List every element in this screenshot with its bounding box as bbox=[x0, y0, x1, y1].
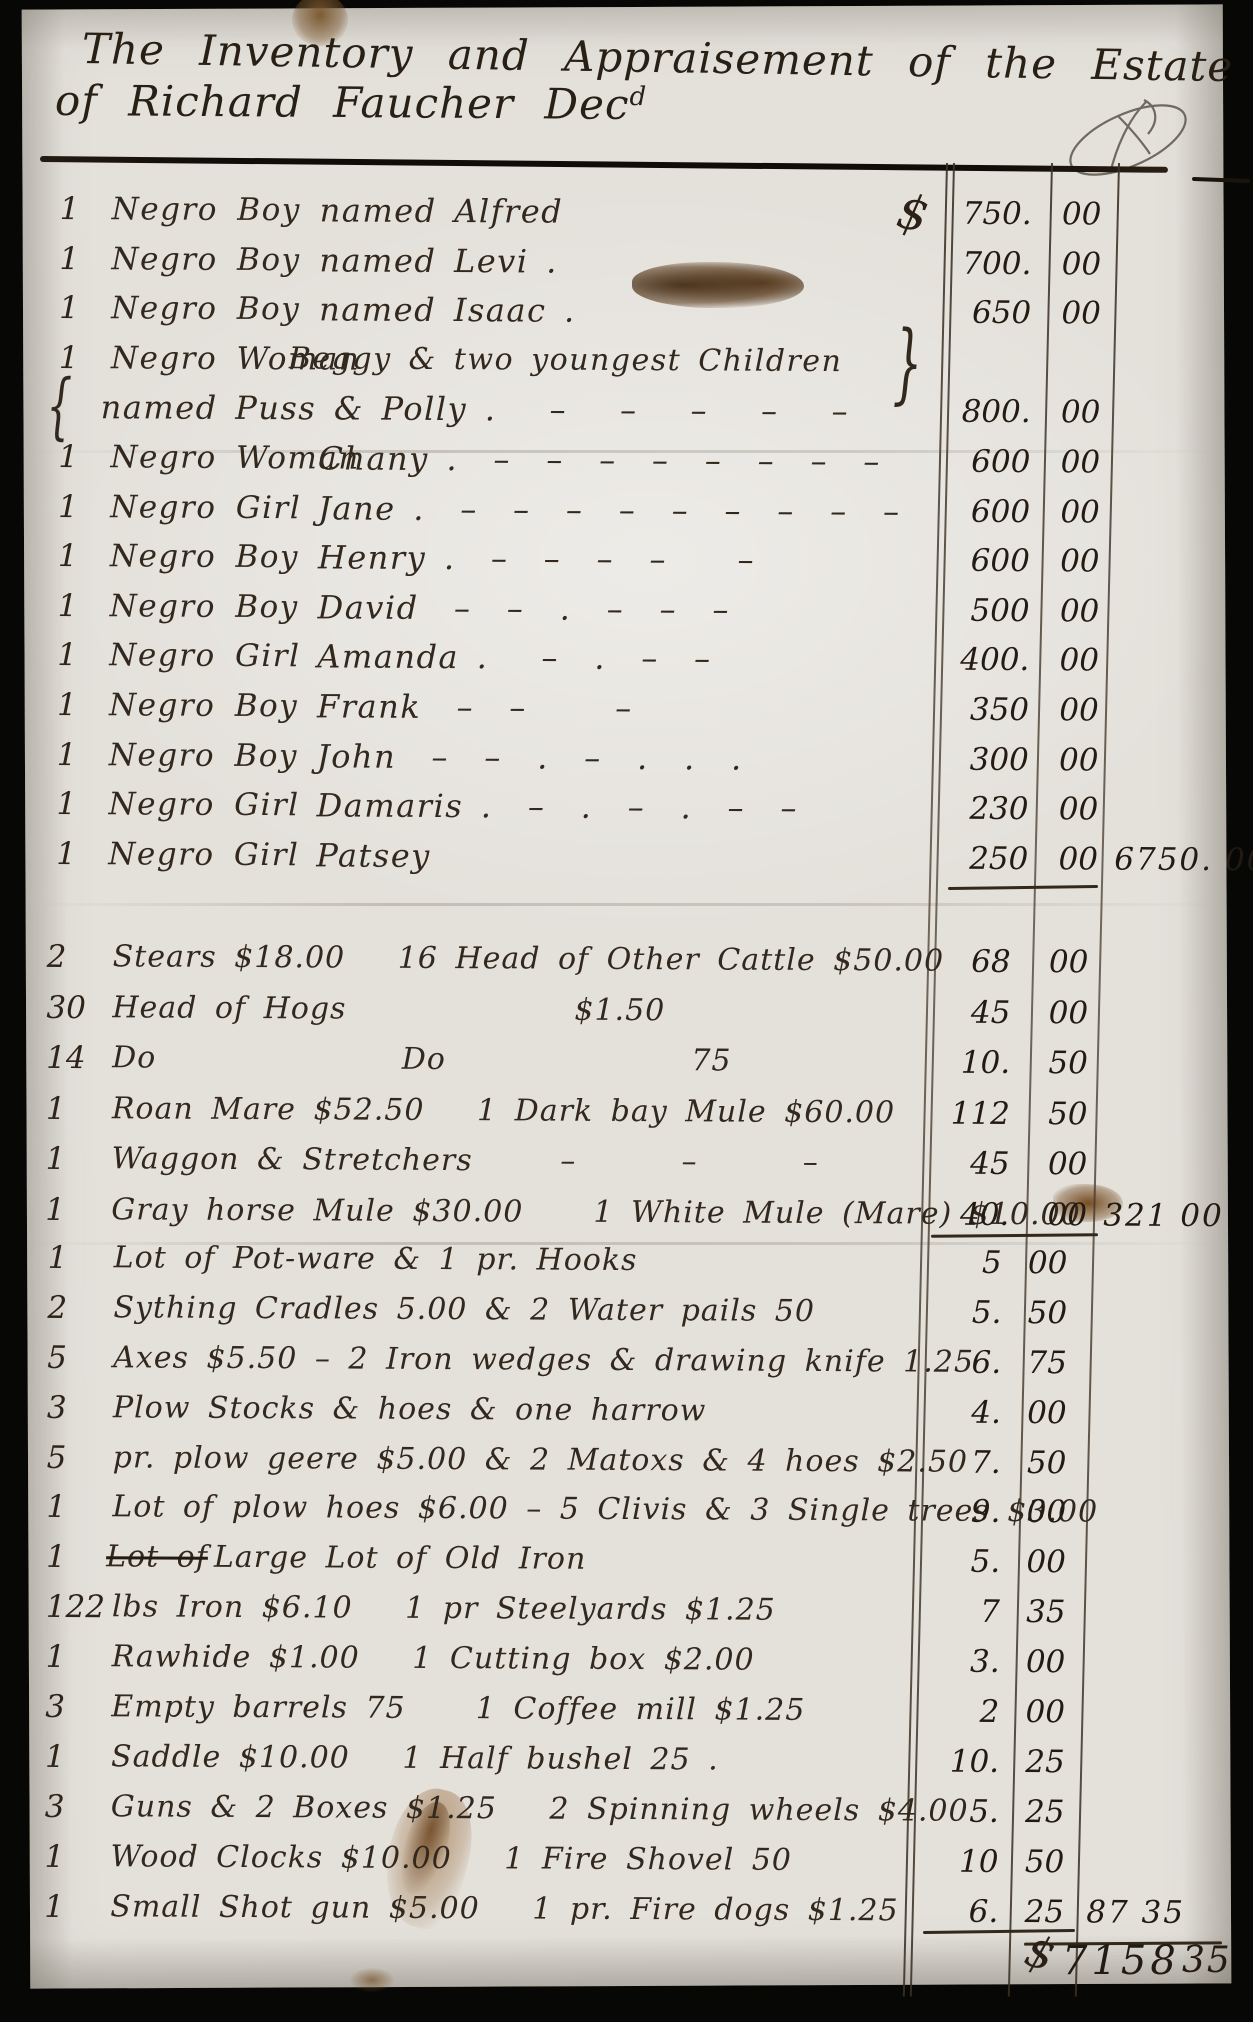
inventory-row: 1 Wood Clocks $10.00 1 Fire Shovel 50 10… bbox=[0, 1833, 1252, 1889]
item-category: Negro Boy bbox=[111, 285, 300, 332]
amount-cents: 00 bbox=[1017, 1689, 1073, 1735]
item-category: Negro Boy bbox=[110, 533, 299, 580]
amount-cents: 25 bbox=[1017, 1789, 1073, 1835]
item-name: David – – . – – – bbox=[317, 584, 730, 632]
amount-dollars: 5. bbox=[904, 1788, 999, 1834]
item-description: Do Do 75 bbox=[106, 1035, 732, 1084]
amount-dollars: 350 bbox=[934, 687, 1029, 733]
item-quantity: 1 bbox=[56, 831, 76, 877]
description-text: Roan Mare $52.50 1 Dark bay Mule $60.00 bbox=[112, 1091, 895, 1130]
item-quantity: 1 bbox=[60, 186, 80, 232]
inventory-row: 3 Plow Stocks & hoes & one harrow 4. 00 bbox=[1, 1384, 1253, 1440]
inventory-row: 1 Negro Girl Jane . – – – – – – – – – 60… bbox=[0, 483, 1253, 539]
item-name: John – – . – . . . bbox=[317, 733, 743, 781]
inventory-row: 5 Axes $5.50 – 2 Iron wedges & drawing k… bbox=[1, 1334, 1253, 1390]
amount-dollars: 7 bbox=[905, 1589, 1000, 1635]
item-category: Negro Boy bbox=[109, 732, 298, 779]
description-text: Waggon & Stretchers – – – bbox=[112, 1141, 819, 1180]
description-text: Small Shot gun $5.00 1 pr. Fire dogs $1.… bbox=[110, 1889, 898, 1928]
item-quantity: 1 bbox=[57, 682, 77, 728]
inventory-row: 2 Sything Cradles 5.00 & 2 Water pails 5… bbox=[1, 1285, 1253, 1341]
item-description: Waggon & Stretchers – – – bbox=[105, 1136, 818, 1186]
inventory-row: 1 Negro Boy named Isaac . 650 00 bbox=[1, 285, 1253, 341]
inventory-row: 1 Rawhide $1.00 1 Cutting box $2.00 3. 0… bbox=[0, 1634, 1253, 1690]
item-name: Frank – – – bbox=[317, 683, 633, 731]
amount-cents: 25 bbox=[1017, 1739, 1073, 1785]
item-quantity: 1 bbox=[45, 1186, 65, 1232]
item-quantity: 1 bbox=[44, 1884, 64, 1930]
item-quantity: 1 bbox=[58, 533, 78, 579]
page-mark-icon bbox=[1058, 90, 1198, 190]
item-quantity: 1 bbox=[45, 1734, 65, 1780]
item-name: named Isaac . bbox=[319, 287, 576, 334]
item-description: Lot of Pot-ware & 1 pr. Hooks bbox=[108, 1235, 638, 1284]
amount-cents: 00 bbox=[1053, 241, 1109, 287]
item-category: Negro Boy bbox=[109, 682, 298, 729]
item-quantity: 5 bbox=[47, 1335, 67, 1381]
line-subtotal: 321 00 bbox=[1103, 1192, 1224, 1239]
item-quantity: 3 bbox=[47, 1385, 67, 1431]
dollar-sign: $ bbox=[893, 188, 933, 239]
paper-crease bbox=[30, 903, 1225, 906]
item-quantity: 30 bbox=[46, 984, 86, 1030]
line-subtotal: 87 35 bbox=[1086, 1889, 1185, 1936]
inventory-row: 1 Saddle $10.00 1 Half bushel 25 . 10. 2… bbox=[0, 1734, 1252, 1790]
amount-dollars: 9. bbox=[905, 1489, 1000, 1535]
item-name: Beggy & two youngest Children bbox=[289, 336, 843, 385]
item-quantity: 1 bbox=[56, 781, 76, 827]
inventory-row: 1 Negro Girl Patsey 250 00 6750. 00 bbox=[0, 830, 1251, 886]
item-quantity: 3 bbox=[45, 1784, 65, 1830]
item-quantity: 1 bbox=[48, 1235, 68, 1281]
description-text: Lot of Pot-ware & 1 pr. Hooks bbox=[114, 1240, 638, 1278]
item-quantity: 2 bbox=[47, 934, 67, 980]
inventory-row: 5 pr. plow geere $5.00 & 2 Matoxs & 4 ho… bbox=[1, 1434, 1253, 1490]
item-category: Negro Girl bbox=[108, 831, 299, 878]
amount-cents: 00 bbox=[1039, 1192, 1095, 1238]
line-subtotal: 6750. 00 bbox=[1114, 836, 1253, 883]
amount-cents: 00 bbox=[1052, 538, 1108, 584]
item-quantity: 1 bbox=[57, 732, 77, 778]
item-category: Negro Girl bbox=[108, 781, 299, 828]
item-description: Head of Hogs $1.50 bbox=[106, 985, 665, 1034]
inventory-row: 1 Lot ofLarge Lot of Old Iron 5. 00 bbox=[0, 1534, 1253, 1590]
amount-dollars: 45 bbox=[918, 989, 1010, 1035]
item-category: Negro Boy bbox=[109, 583, 298, 630]
inventory-row: 1 Roan Mare $52.50 1 Dark bay Mule $60.0… bbox=[0, 1085, 1253, 1142]
amount-cents: 00 bbox=[1019, 1390, 1075, 1436]
item-quantity: 3 bbox=[45, 1684, 65, 1730]
inventory-row: 1 Small Shot gun $5.00 1 pr. Fire dogs $… bbox=[0, 1883, 1251, 1939]
amount-dollars: 400. bbox=[934, 637, 1029, 683]
inventory-row: 1 Negro Boy Frank – – – 350 00 bbox=[0, 682, 1252, 738]
item-description: lbs Iron $6.10 1 pr Steelyards $1.25 bbox=[106, 1584, 776, 1634]
amount-dollars: 7. bbox=[906, 1439, 1001, 1485]
amount-dollars: 68 bbox=[919, 938, 1011, 984]
description-text: Do Do 75 bbox=[112, 1040, 732, 1078]
amount-cents: 00 bbox=[1050, 786, 1106, 832]
amount-dollars: 750. bbox=[937, 191, 1032, 237]
item-name: Jane . – – – – – – – – – bbox=[318, 485, 901, 534]
grand-total-dollars: 7158 bbox=[1062, 1938, 1180, 1984]
inventory-row: 30 Head of Hogs $1.50 45 00 bbox=[0, 984, 1253, 1041]
struck-text: Lot of bbox=[106, 1540, 208, 1576]
item-category: Negro Boy bbox=[111, 236, 300, 283]
inventory-section-enslaved-persons: $ 1 Negro Boy named Alfred 750. 00 1 Neg… bbox=[0, 186, 1253, 887]
description-text: Head of Hogs $1.50 bbox=[112, 990, 665, 1028]
amount-dollars: 600 bbox=[935, 439, 1030, 485]
amount-cents: 00 bbox=[1054, 191, 1110, 237]
item-quantity: 1 bbox=[46, 1484, 66, 1530]
amount-dollars: 5. bbox=[906, 1289, 1001, 1335]
inventory-row: 1 Negro Girl Amanda . – . – – 400. 00 bbox=[0, 632, 1252, 688]
item-category: Negro Girl bbox=[110, 484, 301, 531]
item-category: Negro Boy bbox=[112, 186, 301, 233]
amount-cents: 00 bbox=[1051, 638, 1107, 684]
inventory-row: $ 1 Negro Boy named Alfred 750. 00 bbox=[2, 186, 1253, 242]
item-name: Chany . – – – – – – – – bbox=[318, 435, 881, 484]
amount-cents: 00 bbox=[1051, 687, 1107, 733]
item-quantity: 14 bbox=[46, 1035, 86, 1081]
item-quantity: 1 bbox=[46, 1534, 66, 1580]
description-text: Empty barrels 75 1 Coffee mill $1.25 bbox=[111, 1689, 805, 1728]
item-description: Roan Mare $52.50 1 Dark bay Mule $60.00 bbox=[106, 1086, 896, 1136]
item-quantity: 1 bbox=[58, 484, 78, 530]
item-quantity: 1 bbox=[45, 1136, 65, 1182]
amount-cents: 50 bbox=[1019, 1290, 1075, 1336]
amount-cents: 00 bbox=[1052, 439, 1108, 485]
item-name: Damaris . – . – . – – bbox=[316, 782, 798, 831]
inventory-row: 1 Negro Woman Beggy & two youngest Child… bbox=[1, 334, 1253, 390]
item-quantity: 1 bbox=[58, 434, 78, 480]
item-description: Empty barrels 75 1 Coffee mill $1.25 bbox=[105, 1684, 805, 1734]
title-text: of Richard Faucher Dec bbox=[55, 76, 630, 129]
inventory-section-tools: 1 Lot of Pot-ware & 1 pr. Hooks 5 00 2 S… bbox=[0, 1235, 1253, 1940]
item-description: Sything Cradles 5.00 & 2 Water pails 50 bbox=[107, 1285, 815, 1335]
item-description: Axes $5.50 – 2 Iron wedges & drawing kni… bbox=[107, 1335, 974, 1386]
item-quantity: 1 bbox=[45, 1634, 65, 1680]
item-description: pr. plow geere $5.00 & 2 Matoxs & 4 hoes… bbox=[107, 1435, 969, 1486]
item-name: Patsey bbox=[316, 832, 431, 879]
description-text: Stears $18.00 16 Head of Other Cattle $5… bbox=[113, 939, 945, 978]
item-description: Lot ofLarge Lot of Old Iron bbox=[106, 1535, 586, 1584]
item-name: Henry . – – – – – bbox=[318, 535, 755, 583]
amount-dollars: 5 bbox=[907, 1239, 1002, 1285]
item-quantity: 1 bbox=[57, 632, 77, 678]
amount-dollars: 700. bbox=[936, 240, 1031, 286]
inventory-row: 1 Negro Girl Damaris . – . – . – – 230 0… bbox=[0, 781, 1252, 837]
description-text: Guns & 2 Boxes $1.25 2 Spinning wheels $… bbox=[111, 1789, 969, 1828]
inventory-row: 3 Guns & 2 Boxes $1.25 2 Spinning wheels… bbox=[0, 1783, 1252, 1839]
amount-dollars: 4. bbox=[906, 1389, 1001, 1435]
amount-cents: 50 bbox=[1016, 1839, 1072, 1885]
item-quantity: 1 bbox=[46, 1085, 66, 1131]
amount-dollars: 3. bbox=[904, 1639, 999, 1685]
item-quantity: 1 bbox=[57, 583, 77, 629]
amount-dollars: 10 bbox=[903, 1838, 998, 1884]
amount-cents: 00 bbox=[1017, 1639, 1073, 1685]
amount-cents: 50 bbox=[1040, 1091, 1096, 1137]
inventory-row: 14 Do Do 75 10. 50 bbox=[0, 1035, 1253, 1092]
item-quantity: 5 bbox=[47, 1434, 67, 1480]
description-text: Wood Clocks $10.00 1 Fire Shovel 50 bbox=[110, 1839, 792, 1878]
amount-cents: 00 bbox=[1018, 1489, 1074, 1535]
inventory-row: 3 Empty barrels 75 1 Coffee mill $1.25 2… bbox=[0, 1684, 1252, 1740]
item-quantity: 2 bbox=[47, 1285, 67, 1331]
amount-dollars: 300 bbox=[934, 736, 1029, 782]
amount-dollars: 500 bbox=[934, 587, 1029, 633]
description-text: Saddle $10.00 1 Half bushel 25 . bbox=[111, 1739, 719, 1777]
amount-dollars: 2 bbox=[904, 1688, 999, 1734]
amount-cents: 00 bbox=[1041, 939, 1097, 985]
amount-cents: 00 bbox=[1051, 737, 1107, 783]
grand-total-cents: 35 bbox=[1182, 1940, 1232, 1981]
item-quantity: 1 bbox=[44, 1834, 64, 1880]
title-superscript: d bbox=[629, 82, 647, 112]
item-name: named Levi . bbox=[319, 237, 558, 284]
description-text: Plow Stocks & hoes & one harrow bbox=[113, 1390, 707, 1428]
amount-cents: 00 bbox=[1018, 1539, 1074, 1585]
amount-dollars: 230 bbox=[933, 786, 1028, 832]
item-name: named Alfred bbox=[320, 187, 564, 234]
item-category: Negro Girl bbox=[109, 633, 300, 680]
amount-cents: 00 bbox=[1039, 1141, 1095, 1187]
item-description: Stears $18.00 16 Head of Other Cattle $5… bbox=[107, 934, 945, 984]
amount-dollars: 6. bbox=[906, 1339, 1001, 1385]
amount-dollars: 10. bbox=[918, 1039, 1010, 1085]
amount-cents: 75 bbox=[1019, 1340, 1075, 1386]
inventory-row: 1 Lot of plow hoes $6.00 – 5 Clivis & 3 … bbox=[0, 1484, 1253, 1540]
item-description: Wood Clocks $10.00 1 Fire Shovel 50 bbox=[104, 1834, 792, 1884]
item-quantity: 122 bbox=[46, 1584, 105, 1630]
amount-dollars: 6. bbox=[903, 1888, 998, 1934]
amount-dollars: 800. bbox=[936, 389, 1031, 435]
amount-dollars: 650 bbox=[936, 290, 1031, 336]
amount-cents: 00 bbox=[1050, 836, 1106, 882]
amount-cents: 35 bbox=[1018, 1589, 1074, 1635]
item-description: Plow Stocks & hoes & one harrow bbox=[107, 1385, 707, 1434]
inventory-row: 1 Negro Boy Henry . – – – – – 600 00 bbox=[0, 533, 1253, 589]
inventory-row: 1 Negro Woman Chany . – – – – – – – – 60… bbox=[0, 434, 1253, 490]
amount-dollars: 40. bbox=[917, 1191, 1009, 1237]
description-text: Sything Cradles 5.00 & 2 Water pails 50 bbox=[113, 1290, 815, 1329]
amount-cents: 00 bbox=[1053, 290, 1109, 336]
amount-cents: 50 bbox=[1040, 1040, 1096, 1086]
amount-dollars: 600 bbox=[935, 538, 1030, 584]
item-description: Rawhide $1.00 1 Cutting box $2.00 bbox=[105, 1634, 754, 1683]
inventory-row: 1 Waggon & Stretchers – – – 45 00 bbox=[0, 1136, 1253, 1193]
inventory-row: 1 Negro Boy named Levi . 700. 00 bbox=[1, 235, 1253, 291]
amount-cents: 00 bbox=[1052, 489, 1108, 535]
document-scan: The Inventory and Appraisement of the Es… bbox=[0, 0, 1253, 2022]
amount-cents: 00 bbox=[1040, 990, 1096, 1036]
item-name: named Puss & Polly . – – – – – bbox=[101, 385, 850, 435]
inventory-row: 2 Stears $18.00 16 Head of Other Cattle … bbox=[1, 934, 1253, 991]
inventory-row: 1 Lot of Pot-ware & 1 pr. Hooks 5 00 bbox=[2, 1235, 1253, 1291]
amount-dollars: 10. bbox=[904, 1738, 999, 1784]
grand-total-row: $ 7158 35 bbox=[0, 1938, 1253, 1998]
amount-dollars: 45 bbox=[917, 1140, 1009, 1186]
amount-dollars: 112 bbox=[918, 1090, 1010, 1136]
description-text: lbs Iron $6.10 1 pr Steelyards $1.25 bbox=[112, 1590, 776, 1628]
amount-dollars: 600 bbox=[935, 488, 1030, 534]
item-description: Guns & 2 Boxes $1.25 2 Spinning wheels $… bbox=[105, 1784, 969, 1835]
description-text: Large Lot of Old Iron bbox=[214, 1540, 587, 1577]
description-text: Rawhide $1.00 1 Cutting box $2.00 bbox=[112, 1639, 755, 1677]
inventory-section-livestock: 2 Stears $18.00 16 Head of Other Cattle … bbox=[0, 934, 1253, 1244]
description-text: pr. plow geere $5.00 & 2 Matoxs & 4 hoes… bbox=[113, 1440, 969, 1479]
inventory-row: 122 lbs Iron $6.10 1 pr Steelyards $1.25… bbox=[0, 1584, 1253, 1640]
item-quantity: 1 bbox=[59, 285, 79, 331]
inventory-row: 1 Negro Boy John – – . – . . . 300 00 bbox=[0, 731, 1252, 787]
amount-cents: 00 bbox=[1051, 588, 1107, 634]
document-title-line2: of Richard Faucher Decd bbox=[55, 76, 647, 129]
item-name: Amanda . – . – – bbox=[317, 634, 712, 682]
amount-dollars: 5. bbox=[905, 1539, 1000, 1585]
amount-cents: 50 bbox=[1019, 1440, 1075, 1486]
item-description: Saddle $10.00 1 Half bushel 25 . bbox=[105, 1734, 719, 1783]
inventory-row: named Puss & Polly . – – – – – { 800. 00 bbox=[1, 384, 1253, 440]
inventory-row: 1 Negro Boy David – – . – – – 500 00 bbox=[0, 582, 1253, 638]
amount-cents: 00 bbox=[1020, 1240, 1076, 1286]
amount-cents: 00 bbox=[1053, 390, 1109, 436]
amount-dollars: 250 bbox=[933, 835, 1028, 881]
item-description: Small Shot gun $5.00 1 pr. Fire dogs $1.… bbox=[104, 1884, 899, 1934]
item-quantity: 1 bbox=[59, 236, 79, 282]
description-text: Axes $5.50 – 2 Iron wedges & drawing kni… bbox=[113, 1340, 974, 1380]
